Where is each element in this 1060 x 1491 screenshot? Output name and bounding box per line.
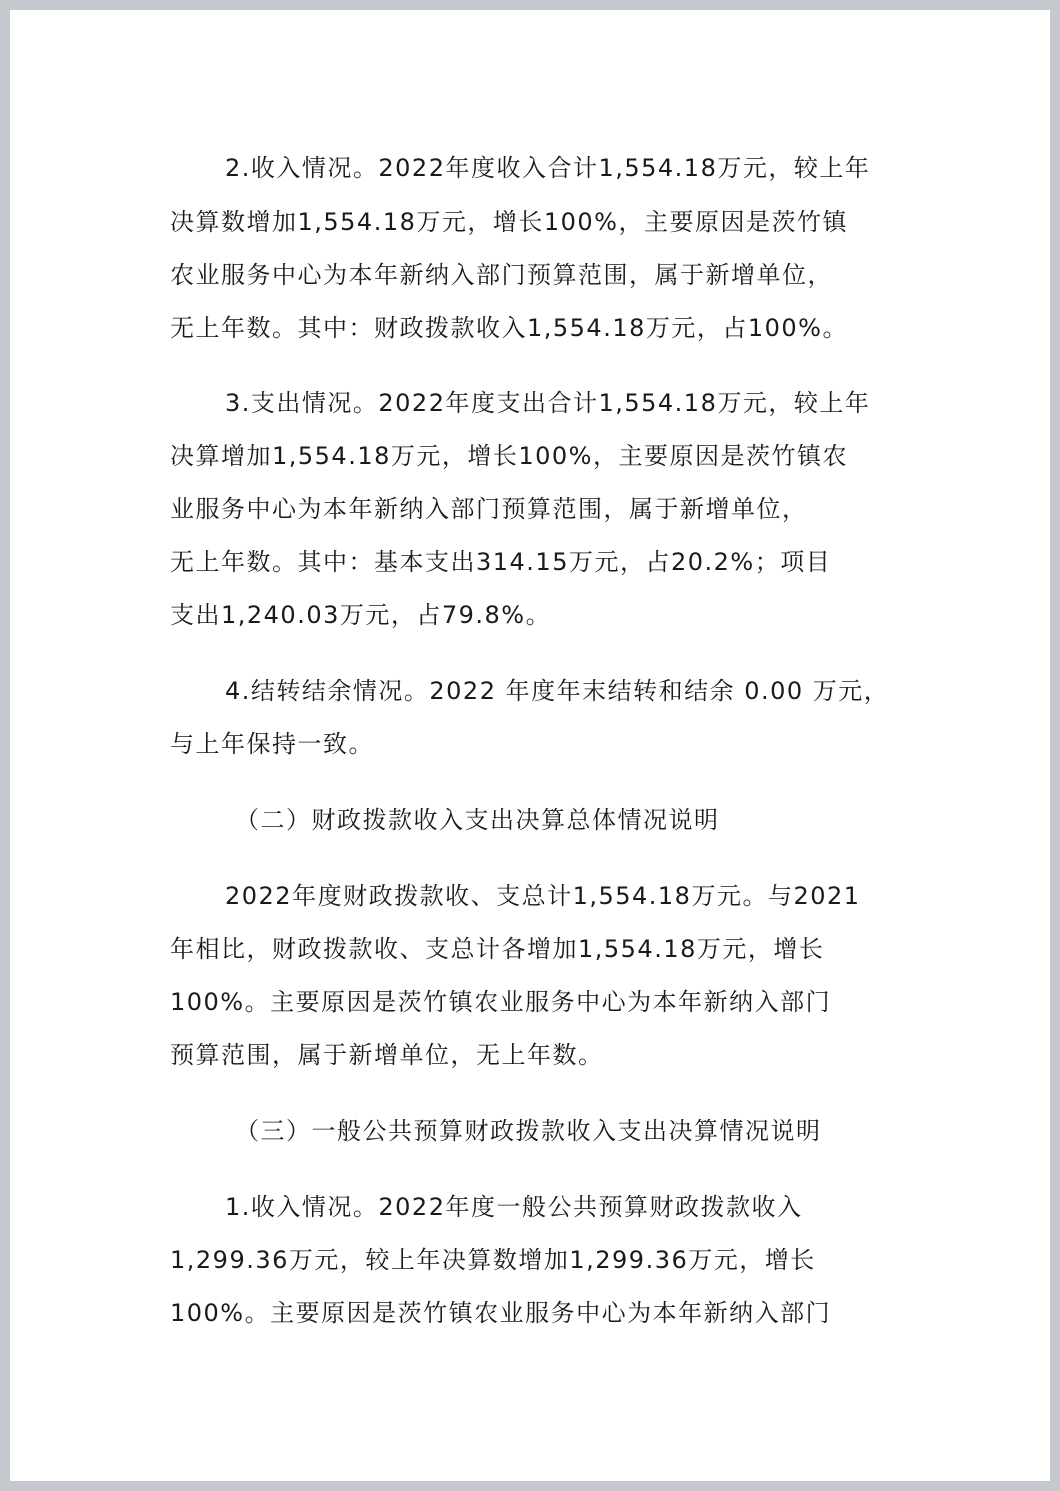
paragraph-line: 4.结转结余情况。2022 年度年末结转和结余 0.00 万元， — [225, 676, 889, 706]
section-heading: （二）财政拨款收入支出决算总体情况说明 — [235, 805, 720, 835]
paragraph-line: 2.收入情况。2022年度收入合计1,554.18万元，较上年 — [225, 153, 870, 183]
paragraph-line: 3.支出情况。2022年度支出合计1,554.18万元，较上年 — [225, 388, 870, 418]
paragraph-line: 100%。主要原因是茨竹镇农业服务中心为本年新纳入部门 — [170, 1298, 831, 1328]
paragraph-line: 与上年保持一致。 — [170, 729, 374, 759]
paragraph-line: 决算增加1,554.18万元，增长100%，主要原因是茨竹镇农 — [170, 441, 848, 471]
paragraph-line: 2022年度财政拨款收、支总计1,554.18万元。与2021 — [225, 881, 861, 911]
paragraph-line: 1.收入情况。2022年度一般公共预算财政拨款收入 — [225, 1192, 802, 1222]
section-heading: （三）一般公共预算财政拨款收入支出决算情况说明 — [235, 1116, 822, 1146]
paragraph-line: 农业服务中心为本年新纳入部门预算范围，属于新增单位， — [170, 260, 833, 290]
paragraph-line: 支出1,240.03万元，占79.8%。 — [170, 600, 551, 630]
paragraph-line: 1,299.36万元，较上年决算数增加1,299.36万元，增长 — [170, 1245, 816, 1275]
paragraph-line: 100%。主要原因是茨竹镇农业服务中心为本年新纳入部门 — [170, 987, 831, 1017]
paragraph-line: 年相比，财政拨款收、支总计各增加1,554.18万元，增长 — [170, 934, 824, 964]
paragraph-line: 业服务中心为本年新纳入部门预算范围，属于新增单位， — [170, 494, 808, 524]
document-page: 2.收入情况。2022年度收入合计1,554.18万元，较上年 决算数增加1,5… — [10, 10, 1050, 1481]
paragraph-line: 无上年数。其中：基本支出314.15万元，占20.2%；项目 — [170, 547, 831, 577]
paragraph-line: 无上年数。其中：财政拨款收入1,554.18万元，占100%。 — [170, 313, 848, 343]
paragraph-line: 预算范围，属于新增单位，无上年数。 — [170, 1040, 604, 1070]
paragraph-line: 决算数增加1,554.18万元，增长100%，主要原因是茨竹镇 — [170, 207, 848, 237]
